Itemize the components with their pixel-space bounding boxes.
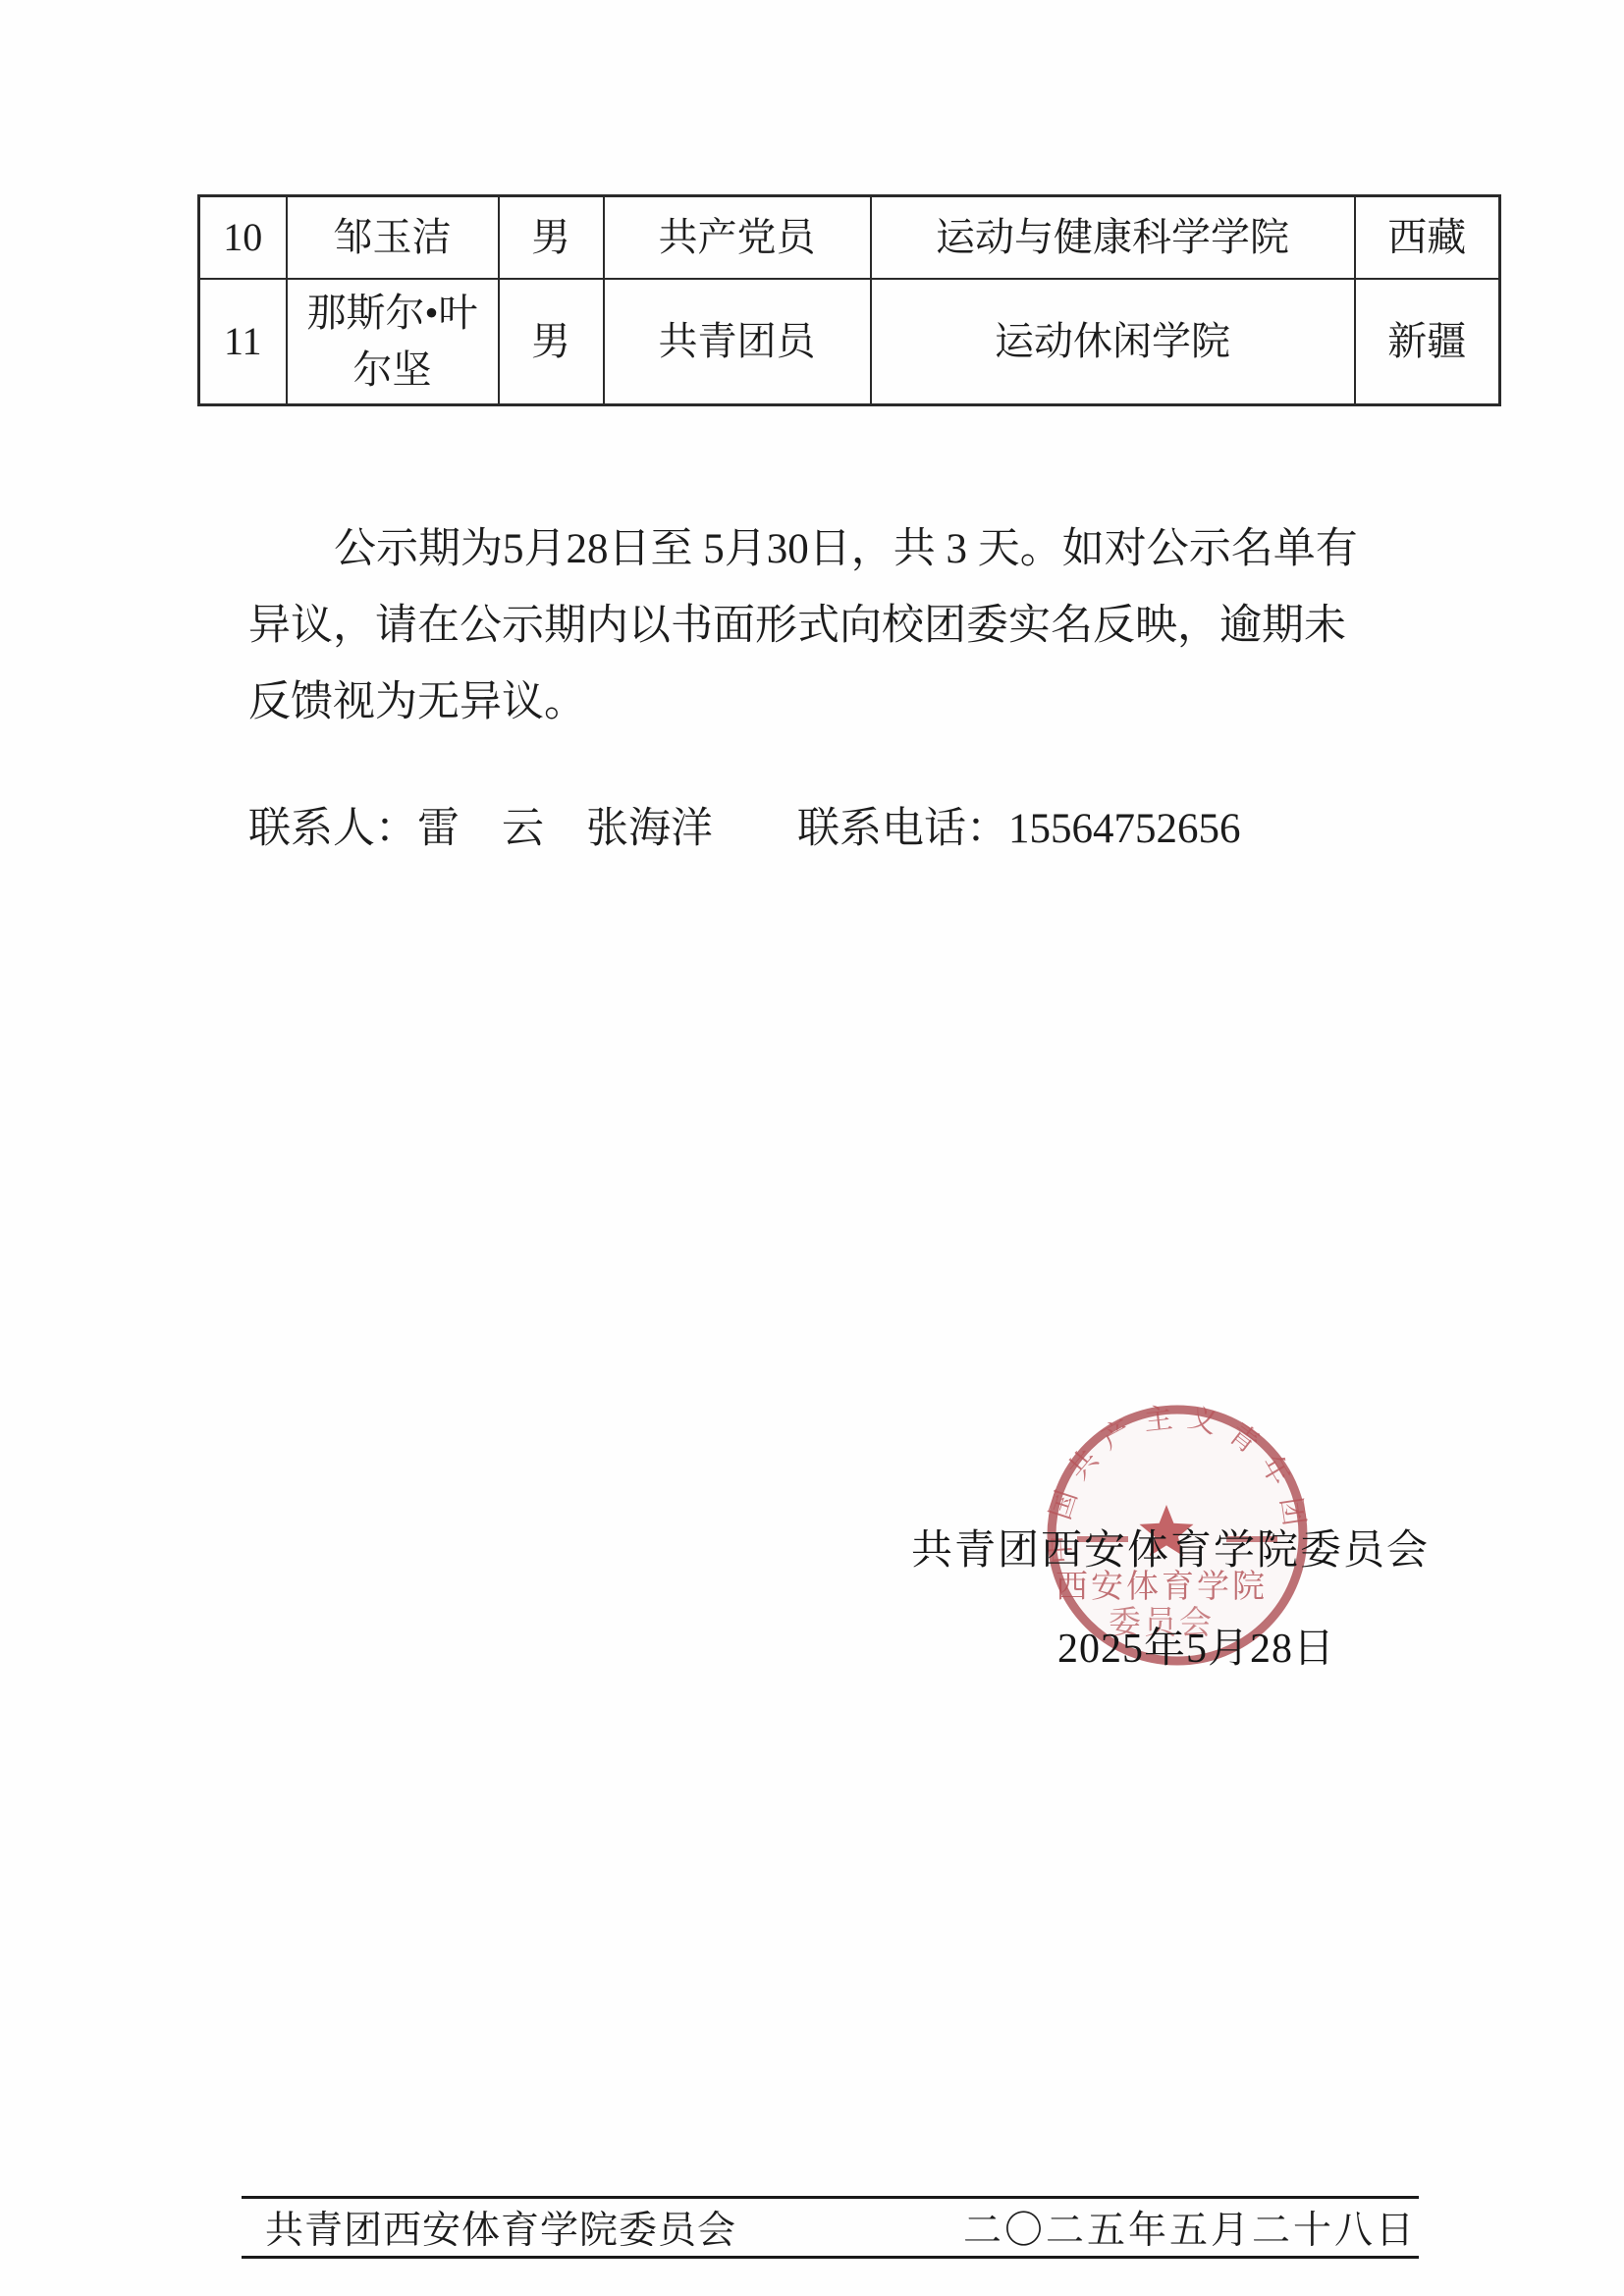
paragraph-line: 反馈视为无异议。 [248,665,1387,741]
cell-name: 那斯尔•叶尔坚 [287,279,499,405]
cell-index: 11 [199,279,287,405]
cell-index: 10 [199,196,287,280]
cell-origin: 西藏 [1355,196,1500,280]
cell-college: 运动与健康科学学院 [871,196,1355,280]
signature-date: 2025年5月28日 [1057,1616,1335,1675]
document-page: 10 邹玉洁 男 共产党员 运动与健康科学学院 西藏 11 那斯尔•叶尔坚 男 … [0,0,1624,2296]
notice-paragraph: 公示期为5月28日至 5月30日，共 3 天。如对公示名单有 异议，请在公示期内… [248,511,1387,741]
footer-date: 二〇二五年五月二十八日 [963,2200,1419,2255]
table-row: 10 邹玉洁 男 共产党员 运动与健康科学学院 西藏 [199,196,1500,280]
cell-gender: 男 [499,196,604,280]
cell-name: 邹玉洁 [287,196,499,280]
cell-political: 共产党员 [604,196,871,280]
roster-table: 10 邹玉洁 男 共产党员 运动与健康科学学院 西藏 11 那斯尔•叶尔坚 男 … [197,194,1501,406]
cell-origin: 新疆 [1355,279,1500,405]
cell-political: 共青团员 [604,279,871,405]
cell-college: 运动休闲学院 [871,279,1355,405]
contact-line: 联系人：雷 云 张海洋 联系电话：15564752656 [248,791,1241,868]
cell-gender: 男 [499,279,604,405]
page-footer: 共青团西安体育学院委员会 二〇二五年五月二十八日 [242,2196,1419,2259]
table-row: 11 那斯尔•叶尔坚 男 共青团员 运动休闲学院 新疆 [199,279,1500,405]
paragraph-line: 异议，请在公示期内以书面形式向校团委实名反映，逾期未 [248,588,1387,665]
paragraph-line: 公示期为5月28日至 5月30日，共 3 天。如对公示名单有 [248,511,1387,588]
signature-organization: 共青团西安体育学院委员会 [911,1518,1430,1576]
footer-organization: 共青团西安体育学院委员会 [242,2200,736,2255]
